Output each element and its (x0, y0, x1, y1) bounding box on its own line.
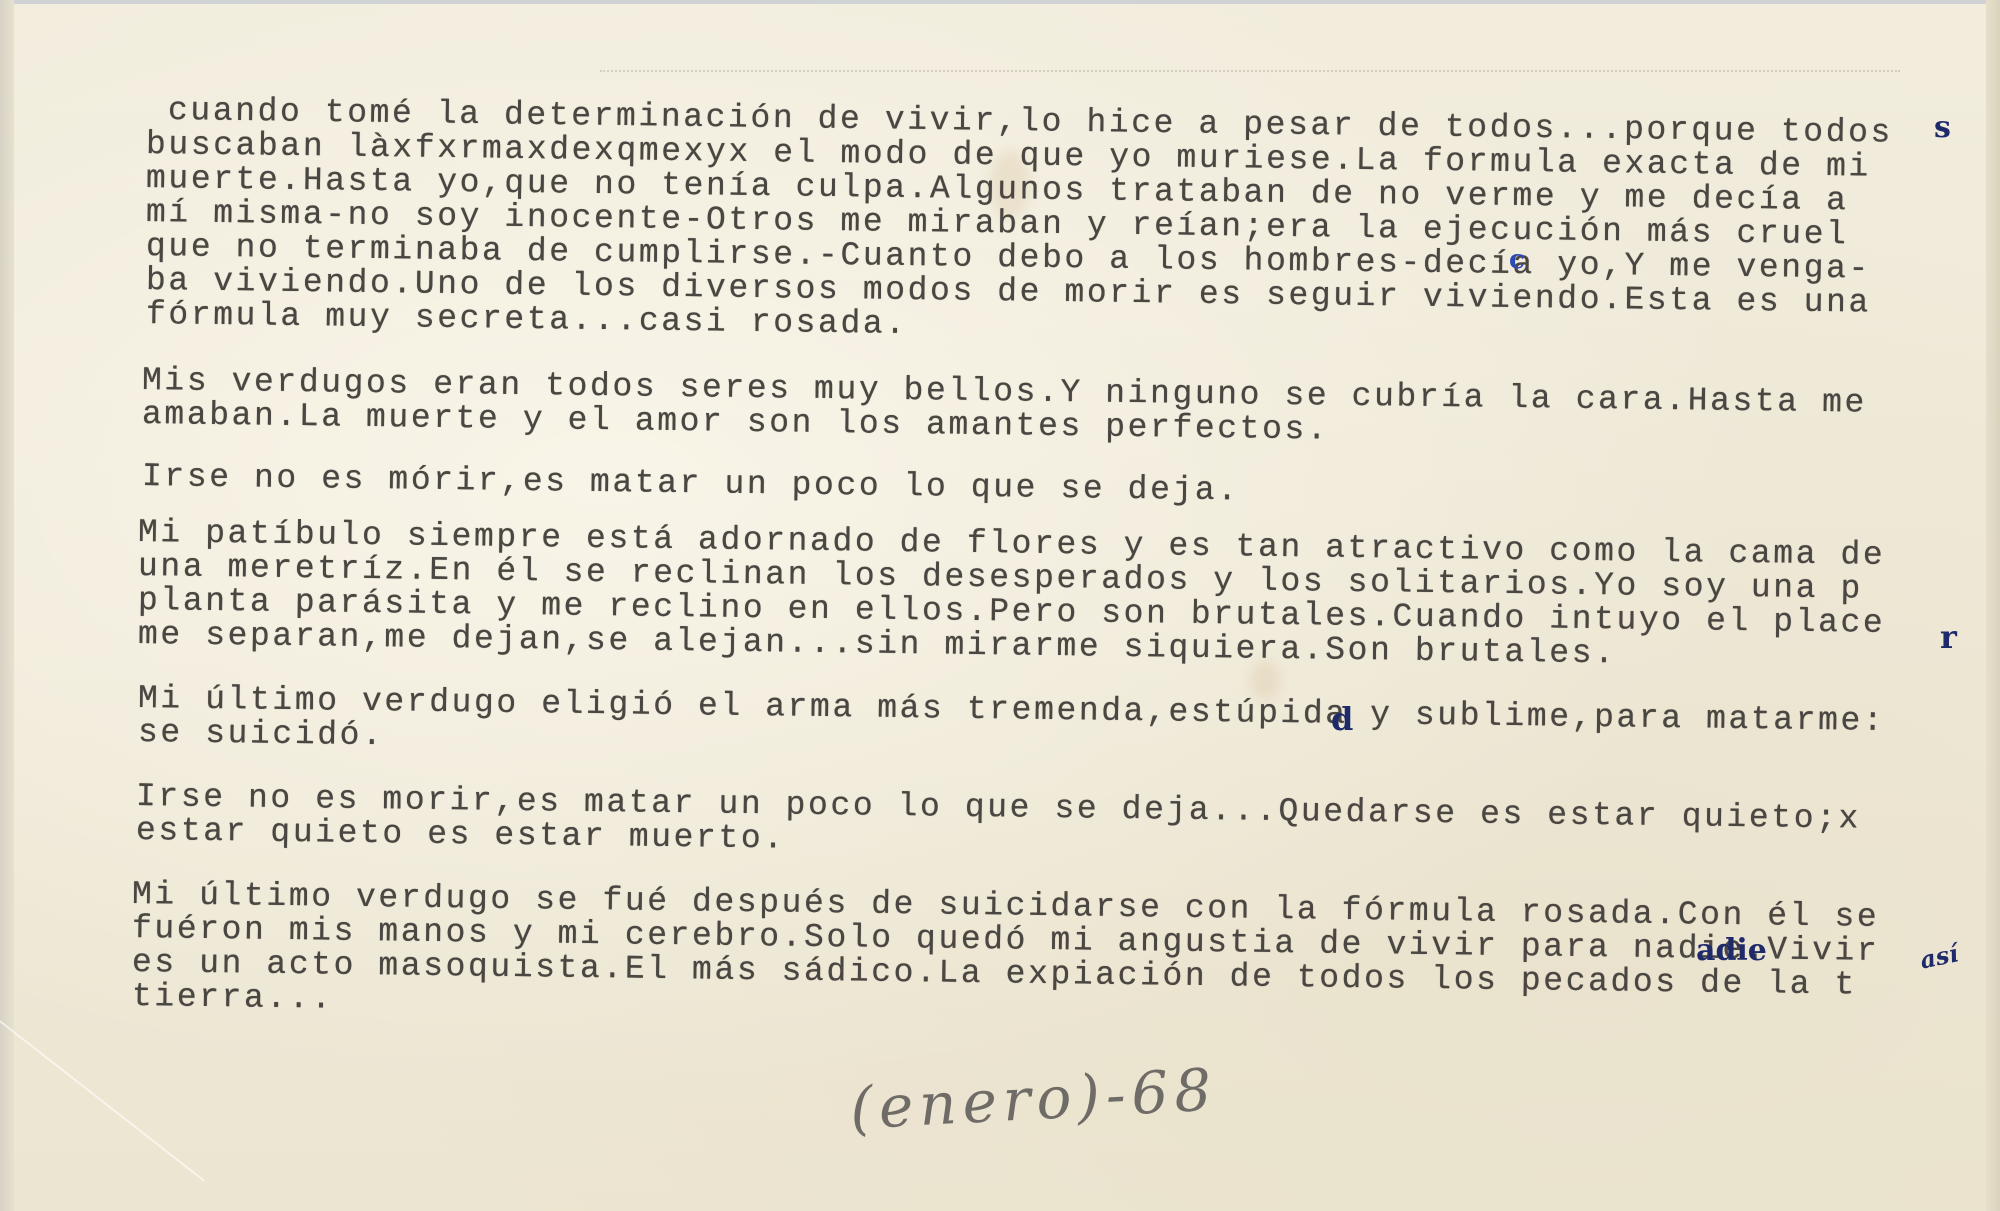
ink-correction-d: d (1331, 700, 1353, 738)
ink-correction-adie: adie (1696, 933, 1767, 968)
faint-dotted-rule (600, 70, 1900, 72)
text-line: tierra... (132, 978, 334, 1018)
ink-correction-r: r (1940, 618, 1957, 656)
ink-correction-s: s (1934, 110, 1951, 145)
ink-correction-c: c (1509, 245, 1525, 275)
top-edge (0, 0, 2000, 4)
right-edge (1986, 0, 2000, 1211)
text-line: se suicidó. (138, 714, 385, 754)
